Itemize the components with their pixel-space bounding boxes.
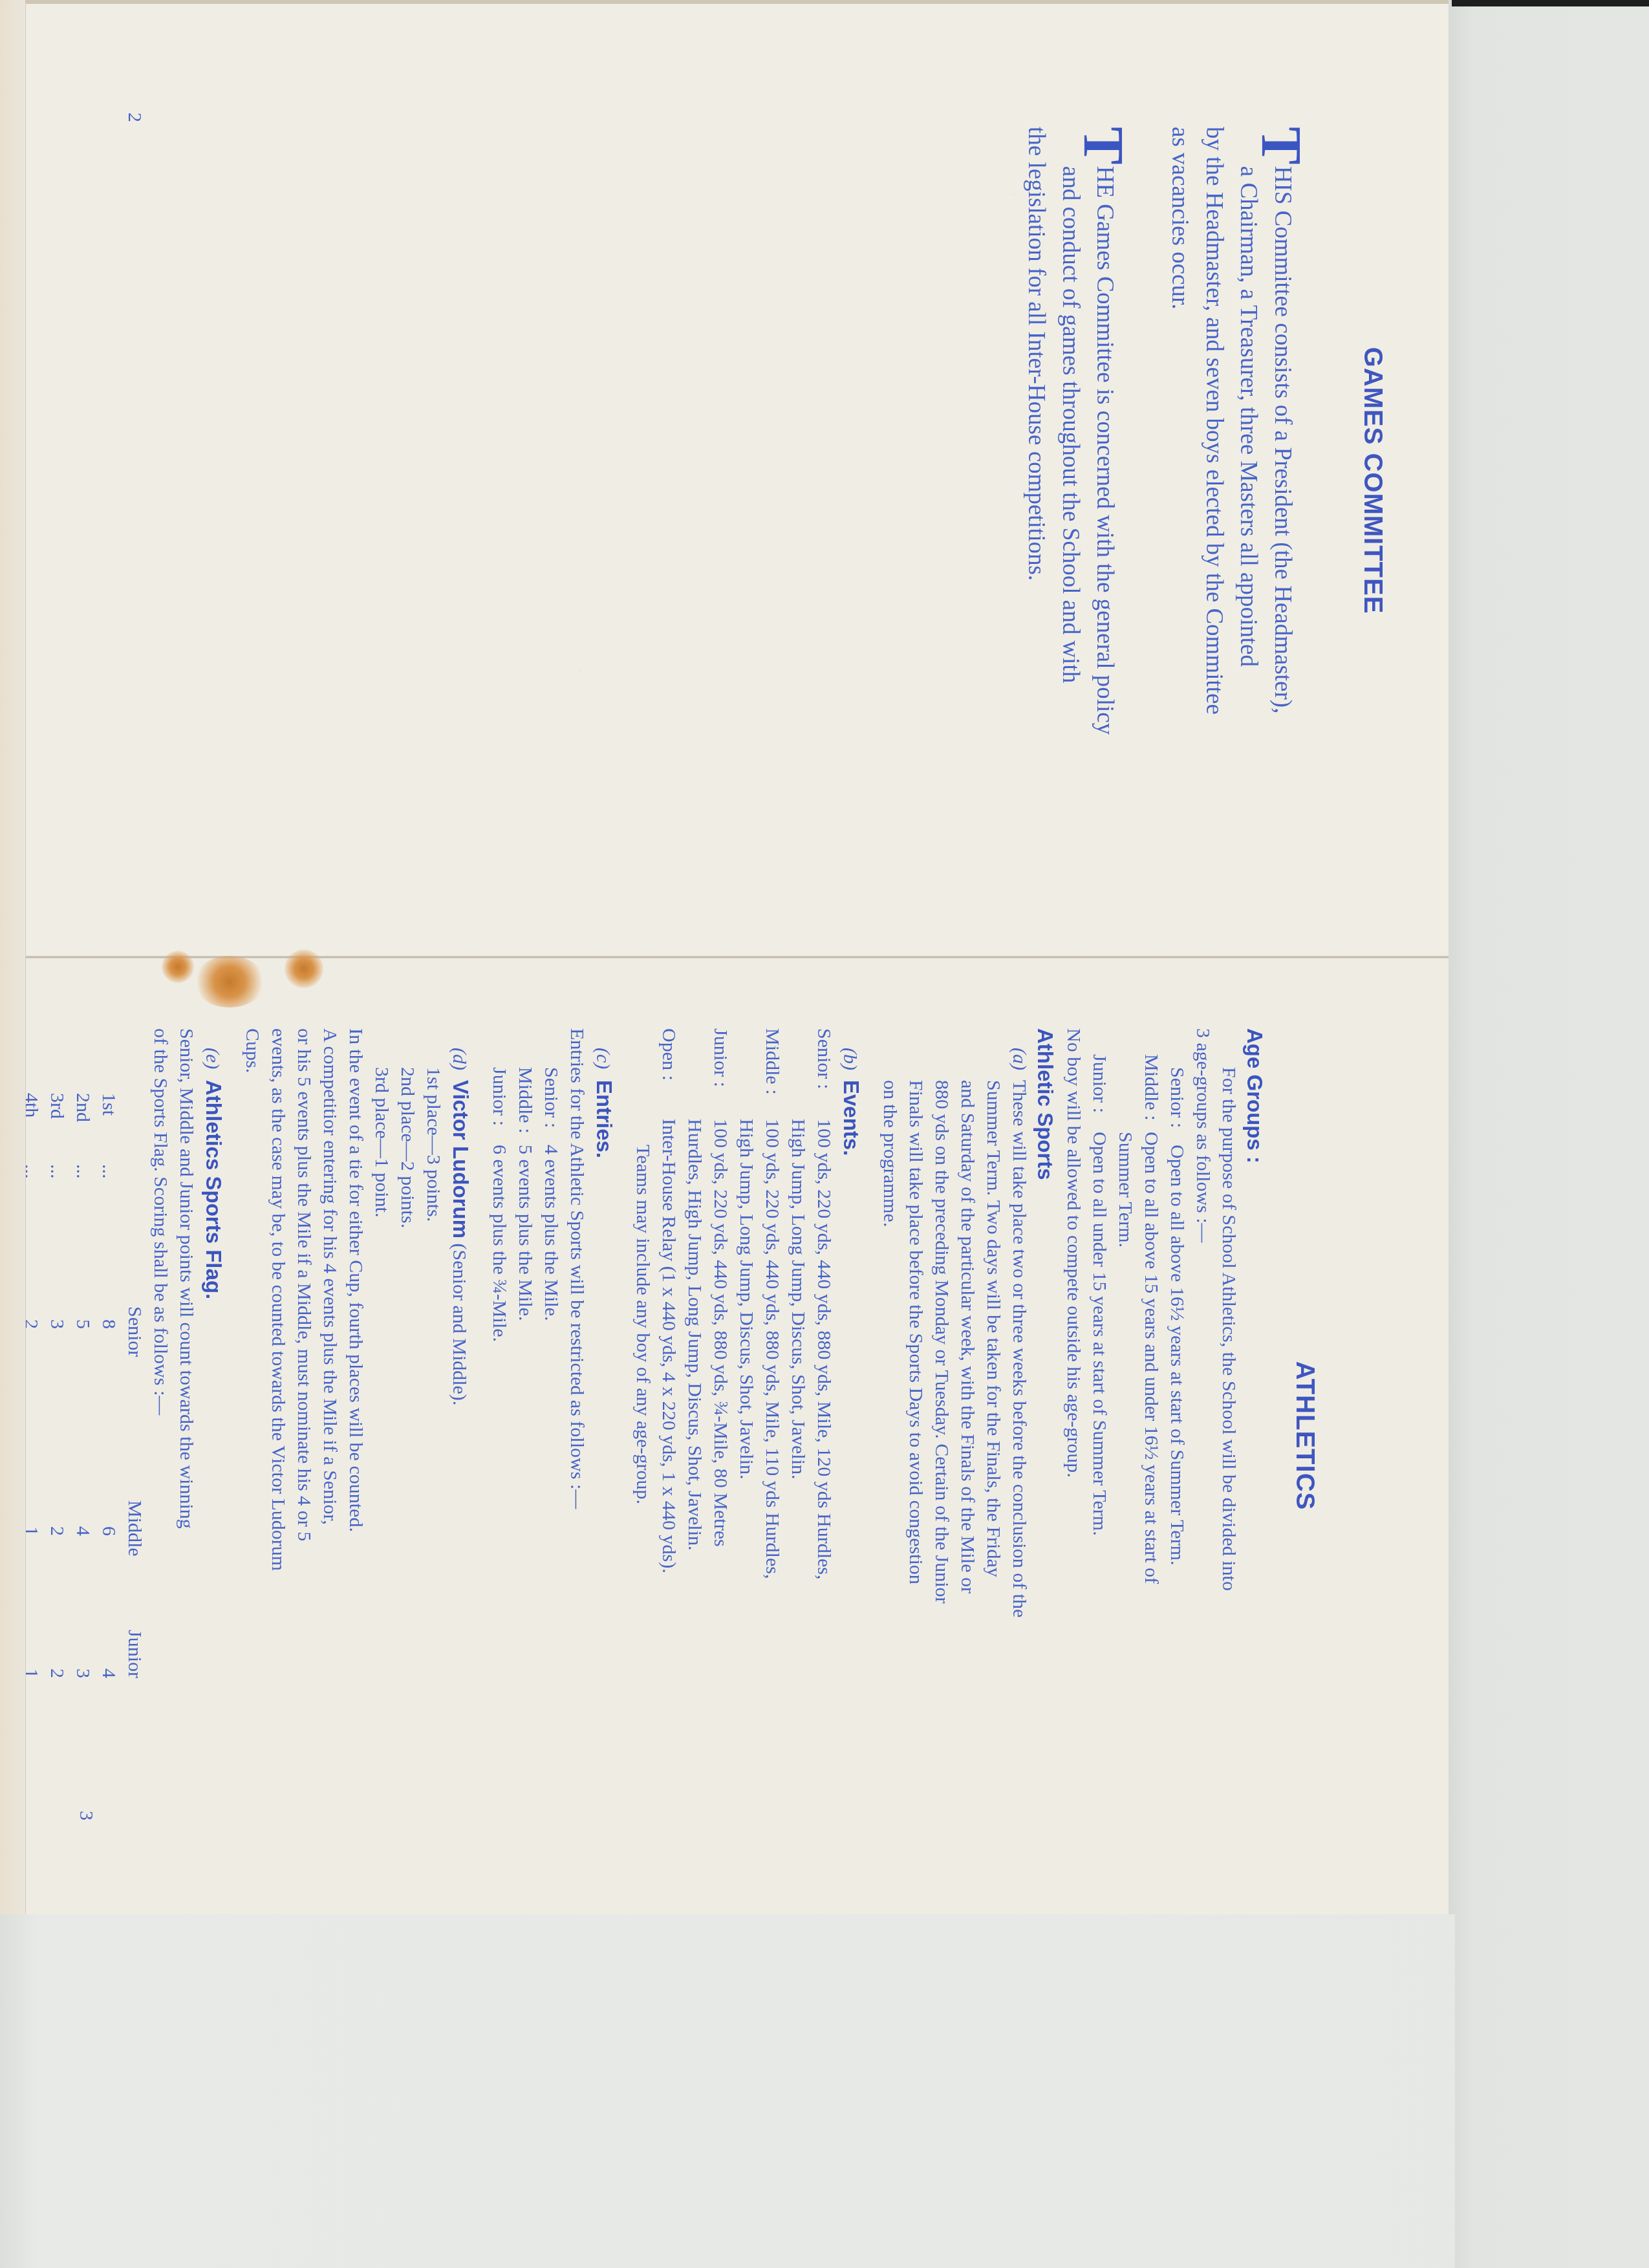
text-line: A competitior entering for his 4 events … [317, 1028, 343, 1869]
marker: (e) [199, 1048, 225, 1080]
marker: (c) [590, 1048, 616, 1080]
drop-cap: T [1083, 127, 1122, 165]
middle-cell: 2 [44, 1513, 70, 1656]
junior-cell: 2 [44, 1656, 70, 1678]
text-line: 3 age-groups as follows :— [1190, 1028, 1216, 1869]
page-number: 2 [124, 113, 145, 122]
scanner-background-bottom [0, 1914, 1455, 2268]
label: Junior : [1086, 1028, 1112, 1132]
athletic-sports-heading: Athletic Sports [1032, 1028, 1058, 1869]
rust-stain [285, 949, 323, 988]
events-junior: Junior : 100 yds, 220 yds, 440 yds, 880 … [682, 1028, 733, 1869]
column-header: Senior [122, 1306, 147, 1500]
entries-intro: Entries for the Athletic Sports will be … [564, 1028, 590, 1869]
table-body: 1st...8642nd...5433rd...3224th...211 [18, 1093, 122, 1869]
age-group-junior: Junior : Open to all under 15 years at s… [1086, 1028, 1112, 1869]
text-line: the legislation for all Inter-House comp… [1019, 127, 1053, 864]
age-group-middle: Middle : Open to all above 15 years and … [1112, 1028, 1164, 1869]
junior-cell: 3 [70, 1656, 96, 1678]
text-line: and Saturday of the particular week, wit… [957, 1080, 978, 1593]
committee-paragraph-1: T HIS Committee consists of a President … [1163, 127, 1300, 864]
leader-dots: ... [44, 1164, 70, 1306]
athletics-body: Age Groups : For the purpose of School A… [0, 1028, 1267, 1869]
text-line: High Jump, Long Jump, Discus, Shot, Jave… [736, 1119, 757, 1480]
marker: (b) [837, 1048, 863, 1080]
table-row: 3rd...322 [44, 1093, 70, 1869]
marker: (d) [446, 1048, 472, 1080]
section-c: (c)Entries. [590, 1028, 617, 1869]
text-line: Open to all above 15 years and under 16½… [1141, 1132, 1162, 1584]
text-line: and conduct of games throughout the Scho… [1053, 127, 1088, 864]
text-line: events, as the case may be, to be counte… [265, 1028, 291, 1869]
events-senior: Senior : 100 yds, 220 yds, 440 yds, 880 … [785, 1028, 837, 1869]
leader-dots: ... [70, 1164, 96, 1306]
column-header: Junior [122, 1630, 147, 1678]
text-line: 6 events plus the ¾-Mile. [486, 1145, 512, 1342]
events-heading: Events. [839, 1080, 863, 1156]
text-line: of the Sports Flag. Scoring shall be as … [147, 1028, 173, 1869]
text-line: HIS Committee consists of a President (t… [1266, 127, 1300, 864]
events-open: Open : Inter-House Relay (1 x 440 yds, 4… [630, 1028, 682, 1869]
victor-ludorum-heading: Victor Ludorum [449, 1080, 473, 1238]
text-line: Open to all under 15 years at start of S… [1086, 1132, 1112, 1536]
column-header: Middle [122, 1500, 147, 1630]
age-group-senior: Senior : Open to all above 16½ years at … [1164, 1028, 1190, 1869]
text-line: 880 yds on the preceding Monday or Tuesd… [931, 1080, 953, 1604]
label: Middle : [512, 1067, 538, 1145]
page-number: 3 [75, 1811, 97, 1820]
age-groups-heading: Age Groups : [1242, 1028, 1267, 1869]
table-header: Senior Middle Junior [122, 1093, 147, 1869]
label: Senior : [538, 1067, 564, 1145]
text-line: by the Headmaster, and seven boys electe… [1197, 127, 1231, 864]
rust-stain [162, 951, 194, 983]
games-committee-title: GAMES COMMITTEE [1358, 4, 1387, 957]
place-cell: 1st [96, 1093, 122, 1164]
points-1st: 1st place—3 points. [420, 1028, 446, 1869]
text-line: 100 yds, 220 yds, 440 yds, 880 yds, Mile… [814, 1119, 835, 1580]
age-group-note: No boy will be allowed to compete outsid… [1061, 1028, 1086, 1869]
label: Open : [630, 1028, 682, 1119]
text-line: High Jump, Long Jump, Discus, Shot, Jave… [788, 1119, 809, 1480]
text-line: These will take place two or three weeks… [1009, 1080, 1030, 1617]
booklet-spread: GAMES COMMITTEE T HIS Committee consists… [0, 0, 1449, 1914]
section-b: (b)Events. [837, 1028, 864, 1869]
text-line: For the purpose of School Athletics, the… [1216, 1028, 1242, 1869]
table-row: 1st...864 [96, 1093, 122, 1869]
section-d: (d)Victor Ludorum (Senior and Middle). [446, 1028, 473, 1869]
junior-cell: 4 [96, 1656, 122, 1678]
text-line: or his 5 events plus the Mile if a Middl… [291, 1028, 317, 1869]
sports-flag-heading: Athletics Sports Flag. [202, 1080, 226, 1299]
label: Middle : [1112, 1028, 1164, 1132]
label: Junior : [682, 1028, 733, 1119]
entries-junior: Junior : 6 events plus the ¾-Mile. [486, 1028, 512, 1869]
label: Junior : [486, 1067, 512, 1145]
senior-cell: 8 [96, 1306, 122, 1513]
events-middle: Middle : 100 yds, 220 yds, 440 yds, 880 … [733, 1028, 785, 1869]
text-line: a Chairman, a Treasurer, three Masters a… [1231, 127, 1266, 864]
page-edge [0, 0, 26, 1914]
entries-middle: Middle : 5 events plus the Mile. [512, 1028, 538, 1869]
text-line: 4 events plus the Mile. [538, 1145, 564, 1321]
leader-dots: ... [96, 1164, 122, 1306]
text-line: as vacancies occur. [1163, 127, 1197, 864]
text-line: 100 yds, 220 yds, 440 yds, 880 yds, ¾-Mi… [710, 1119, 731, 1547]
text-line: HE Games Committee is concerned with the… [1088, 127, 1122, 864]
text-line: Finals will take place before the Sports… [905, 1080, 927, 1584]
place-cell: 2nd [70, 1093, 96, 1164]
label: Middle : [733, 1028, 785, 1119]
text-line: Open to all above 16½ years at start of … [1164, 1145, 1190, 1566]
place-cell: 3rd [44, 1093, 70, 1164]
athletics-title: ATHLETICS [1290, 957, 1319, 1914]
middle-cell: 6 [96, 1513, 122, 1656]
text-line: Senior, Middle and Junior points will co… [173, 1028, 199, 1869]
text-line: Hurdles, High Jump, Long Jump, Discus, S… [684, 1119, 706, 1551]
rust-stain [194, 956, 265, 1008]
text-line: Inter-House Relay (1 x 440 yds, 4 x 220 … [658, 1119, 680, 1573]
victor-ludorum-suffix: (Senior and Middle). [449, 1244, 470, 1406]
senior-cell: 5 [70, 1306, 96, 1513]
text-line: Summer Term. [1115, 1132, 1136, 1247]
drop-cap: T [1261, 127, 1300, 165]
section-a: (a) These will take place two or three w… [877, 1028, 1032, 1869]
sports-flag-table: Senior Middle Junior 1st...8642nd...5433… [18, 1093, 147, 1869]
senior-cell: 3 [44, 1306, 70, 1513]
points-2nd: 2nd place—2 points. [394, 1028, 420, 1869]
page-3: ATHLETICS Age Groups : For the purpose o… [0, 957, 1449, 1914]
label: Senior : [1164, 1067, 1190, 1145]
text-line: 100 yds, 220 yds, 440 yds, 880 yds, Mile… [762, 1119, 783, 1579]
text-line: Summer Term. Two days will be taken for … [983, 1080, 1004, 1577]
label: Senior : [785, 1028, 837, 1119]
page-2: GAMES COMMITTEE T HIS Committee consists… [0, 0, 1449, 957]
text-line: on the programme. [879, 1080, 901, 1227]
text-line: Teams may include any boy of any age-gro… [632, 1119, 654, 1504]
scanner-lid-edge [1452, 0, 1649, 6]
section-e: (e)Athletics Sports Flag. [199, 1028, 226, 1869]
text-line: In the event of a tie for either Cup, fo… [343, 1028, 369, 1869]
entries-senior: Senior : 4 events plus the Mile. [538, 1028, 564, 1869]
entries-heading: Entries. [592, 1080, 616, 1158]
text-line: 5 events plus the Mile. [512, 1145, 538, 1321]
middle-cell: 4 [70, 1513, 96, 1656]
scanner-background-right [1449, 0, 1649, 2268]
points-3rd: 3rd place—1 point. [369, 1028, 394, 1869]
table-row: 2nd...543 [70, 1093, 96, 1869]
marker: (a) [877, 1048, 1032, 1080]
text-line: Cups. [239, 1028, 265, 1869]
committee-paragraph-2: T HE Games Committee is concerned with t… [1019, 127, 1122, 864]
